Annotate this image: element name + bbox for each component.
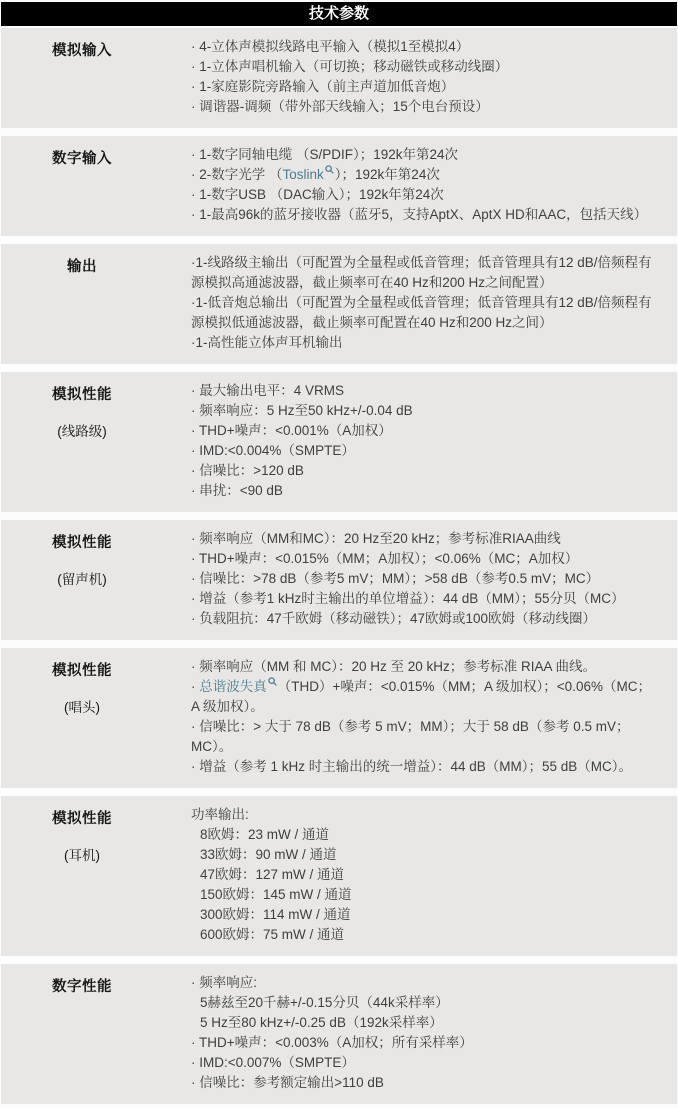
section-label-column: 数字性能 — [1, 973, 163, 996]
spec-line: · 1-数字同轴电缆 （S/PDIF）；192k年第24次 — [191, 145, 659, 165]
spec-line: 33欧姆：90 mW / 通道 — [191, 845, 659, 865]
spec-line: · 最大输出电平：4 VRMS — [191, 381, 659, 401]
spec-line: 300欧姆：114 mW / 通道 — [191, 905, 659, 925]
section-label: 模拟输入 — [1, 39, 163, 60]
spec-section: 模拟性能(留声机)· 频率响应（MM和MC）：20 Hz至20 kHz；参考标准… — [1, 520, 677, 640]
spec-line: · 调谐器-调频（带外部天线输入；15个电台预设） — [191, 97, 659, 117]
spec-line: · 串扰：<90 dB — [191, 481, 659, 501]
spec-section: 输出·1-线路级主输出（可配置为全量程或低音管理；低音管理具有12 dB/倍频程… — [1, 244, 677, 364]
spec-line: 600欧姆：75 mW / 通道 — [191, 925, 659, 945]
spec-section: 数字性能· 频率响应:5赫兹至20千赫+/-0.15分贝（44k采样率）5 Hz… — [1, 964, 677, 1104]
spec-line: ·1-低音炮总输出（可配置为全量程或低音管理；低音管理具有12 dB/倍频程有源… — [191, 293, 659, 333]
spec-line: · 信噪比：>120 dB — [191, 461, 659, 481]
spec-line: · IMD:<0.004%（SMPTE） — [191, 441, 659, 461]
spec-line: 47欧姆：127 mW / 通道 — [191, 865, 659, 885]
spec-section: 模拟性能(线路级)· 最大输出电平：4 VRMS· 频率响应：5 Hz至50 k… — [1, 372, 677, 512]
spec-line: · 2-数字光学 （Toslink）；192k年第24次 — [191, 165, 659, 185]
section-label-column: 数字输入 — [1, 145, 163, 168]
inline-link[interactable]: 总谐波失真 — [199, 679, 267, 694]
spec-line: · 频率响应: — [191, 973, 659, 993]
section-label-column: 输出 — [1, 253, 163, 276]
spec-line: · 4-立体声模拟线路电平输入（模拟1至模拟4） — [191, 37, 659, 57]
section-content: · 1-数字同轴电缆 （S/PDIF）；192k年第24次· 2-数字光学 （T… — [163, 145, 677, 225]
spec-line: 8欧姆：23 mW / 通道 — [191, 825, 659, 845]
section-label: 模拟性能 — [1, 531, 163, 552]
spec-page: 技术参数 模拟输入· 4-立体声模拟线路电平输入（模拟1至模拟4）· 1-立体声… — [0, 0, 678, 1108]
section-sublabel: (线路级) — [1, 420, 163, 440]
spec-section: 数字输入· 1-数字同轴电缆 （S/PDIF）；192k年第24次· 2-数字光… — [1, 136, 677, 236]
spec-line: · 频率响应（MM 和 MC）：20 Hz 至 20 kHz；参考标准 RIAA… — [191, 657, 659, 677]
inline-link[interactable]: Toslink — [283, 167, 324, 182]
spec-line: · 1-立体声唱机输入（可切换；移动磁铁或移动线圈） — [191, 57, 659, 77]
section-label-column: 模拟性能(唱头) — [1, 657, 163, 716]
page-title: 技术参数 — [309, 5, 369, 22]
spec-line: · 信噪比：> 大于 78 dB（参考 5 mV；MM）；大于 58 dB（参考… — [191, 717, 659, 757]
spec-line: · 频率响应：5 Hz至50 kHz+/-0.04 dB — [191, 401, 659, 421]
spec-line: 功率输出: — [191, 805, 659, 825]
spec-line: · THD+噪声：<0.003%（A加权；所有采样率） — [191, 1033, 659, 1053]
spec-line: 150欧姆：145 mW / 通道 — [191, 885, 659, 905]
section-content: · 最大输出电平：4 VRMS· 频率响应：5 Hz至50 kHz+/-0.04… — [163, 381, 677, 501]
section-label: 模拟性能 — [1, 807, 163, 828]
section-content: ·1-线路级主输出（可配置为全量程或低音管理；低音管理具有12 dB/倍频程有源… — [163, 253, 677, 353]
spec-line: 5赫兹至20千赫+/-0.15分贝（44k采样率） — [191, 993, 659, 1013]
section-label-column: 模拟性能(留声机) — [1, 529, 163, 588]
section-sublabel: (耳机) — [1, 844, 163, 864]
section-label: 数字性能 — [1, 975, 163, 996]
spec-line: ·1-线路级主输出（可配置为全量程或低音管理；低音管理具有12 dB/倍频程有源… — [191, 253, 659, 293]
section-label-column: 模拟输入 — [1, 37, 163, 60]
section-sublabel: (留声机) — [1, 568, 163, 588]
spec-line: · 1-家庭影院旁路输入（前主声道加低音炮） — [191, 77, 659, 97]
table-header: 技术参数 — [1, 2, 677, 26]
spec-section: 模拟输入· 4-立体声模拟线路电平输入（模拟1至模拟4）· 1-立体声唱机输入（… — [1, 28, 677, 128]
section-content: 功率输出:8欧姆：23 mW / 通道33欧姆：90 mW / 通道47欧姆：1… — [163, 805, 677, 945]
spec-line: · 频率响应（MM和MC）：20 Hz至20 kHz；参考标准RIAA曲线 — [191, 529, 659, 549]
section-label-column: 模拟性能(线路级) — [1, 381, 163, 440]
section-label: 模拟性能 — [1, 659, 163, 680]
spec-section: 模拟性能(唱头)· 频率响应（MM 和 MC）：20 Hz 至 20 kHz；参… — [1, 648, 677, 788]
spec-line: 5 Hz至80 kHz+/-0.25 dB（192k采样率） — [191, 1013, 659, 1033]
spec-line: · 增益（参考1 kHz时主输出的单位增益）：44 dB（MM）；55分贝（MC… — [191, 589, 659, 609]
spec-line: · 1-数字USB （DAC输入）；192k年第24次 — [191, 185, 659, 205]
spec-line: · THD+噪声：<0.001%（A加权） — [191, 421, 659, 441]
section-content: · 4-立体声模拟线路电平输入（模拟1至模拟4）· 1-立体声唱机输入（可切换；… — [163, 37, 677, 117]
spec-line: · 信噪比：参考额定输出>110 dB — [191, 1073, 659, 1093]
spec-sections: 模拟输入· 4-立体声模拟线路电平输入（模拟1至模拟4）· 1-立体声唱机输入（… — [0, 28, 678, 1104]
section-label: 数字输入 — [1, 147, 163, 168]
search-icon[interactable] — [325, 165, 334, 174]
section-label: 模拟性能 — [1, 383, 163, 404]
section-content: · 频率响应（MM和MC）：20 Hz至20 kHz；参考标准RIAA曲线· T… — [163, 529, 677, 629]
spec-line: · 增益（参考 1 kHz 时主输出的统一增益）：44 dB（MM）；55 dB… — [191, 757, 659, 777]
spec-line: ·1-高性能立体声耳机输出 — [191, 333, 659, 353]
spec-line: · THD+噪声：<0.015%（MM；A加权）；<0.06%（MC；A加权） — [191, 549, 659, 569]
search-icon[interactable] — [268, 677, 277, 686]
section-content: · 频率响应（MM 和 MC）：20 Hz 至 20 kHz；参考标准 RIAA… — [163, 657, 677, 777]
section-sublabel: (唱头) — [1, 696, 163, 716]
spec-line: · IMD:<0.007%（SMPTE） — [191, 1053, 659, 1073]
spec-line: · 信噪比：>78 dB（参考5 mV；MM）；>58 dB（参考0.5 mV；… — [191, 569, 659, 589]
spec-line: · 负载阻抗：47千欧姆（移动磁铁）；47欧姆或100欧姆（移动线圈） — [191, 609, 659, 629]
section-label: 输出 — [1, 255, 163, 276]
spec-section: 模拟性能(耳机)功率输出:8欧姆：23 mW / 通道33欧姆：90 mW / … — [1, 796, 677, 956]
section-content: · 频率响应:5赫兹至20千赫+/-0.15分贝（44k采样率）5 Hz至80 … — [163, 973, 677, 1093]
spec-line: · 1-最高96k的蓝牙接收器（蓝牙5，支持AptX、AptX HD和AAC，包… — [191, 205, 659, 225]
section-label-column: 模拟性能(耳机) — [1, 805, 163, 864]
spec-line: · 总谐波失真（THD）+噪声：<0.015%（MM；A 级加权）；<0.06%… — [191, 677, 659, 717]
